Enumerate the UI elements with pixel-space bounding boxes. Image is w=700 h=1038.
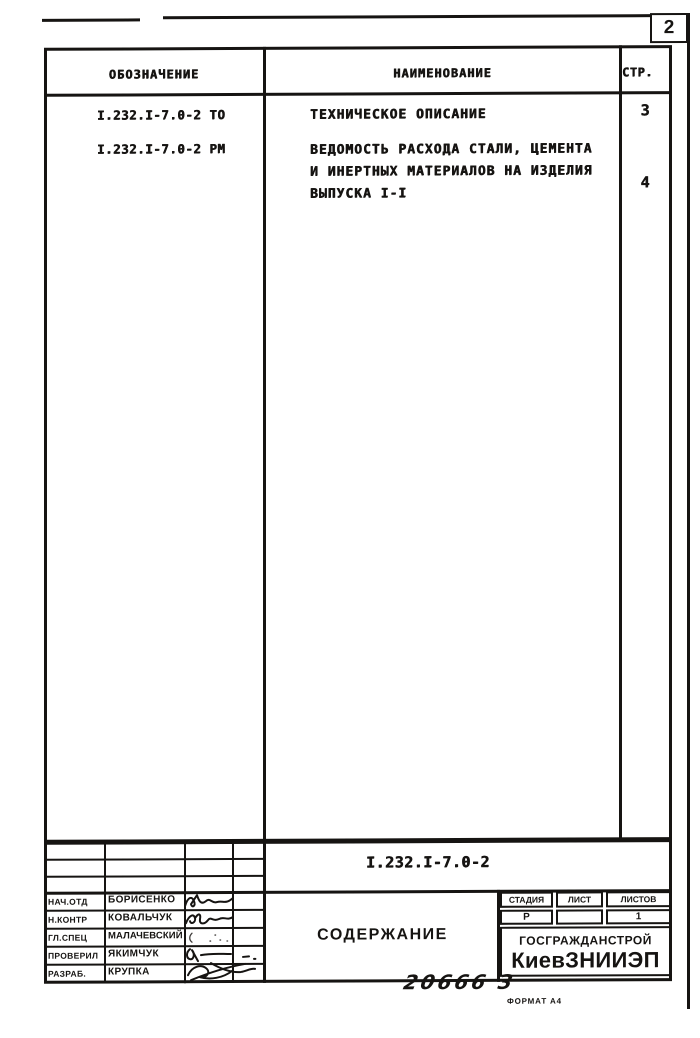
organization-line2: КиевЗНИИЭП (502, 947, 669, 974)
signatory-name: КРУПКА (108, 967, 150, 977)
signature-scribble (183, 910, 235, 928)
signatory-name: БОРИСЕНКО (108, 895, 175, 905)
header-name: НАИМЕНОВАНИЕ (340, 67, 545, 80)
sheets-label-cell: ЛИСТОВ (606, 891, 671, 907)
row2-name-line1: ВЕДОМОСТЬ РАСХОДА СТАЛИ, ЦЕМЕНТА (310, 142, 592, 156)
scanned-sheet: 2 ОБОЗНАЧЕНИЕ НАИМЕНОВАНИЕ СТР. I.232.I-… (0, 0, 700, 1038)
signature-scribble (183, 892, 235, 910)
sheet-label-cell: ЛИСТ (556, 891, 603, 907)
row1-designation: I.232.I-7.0-2 ТО (97, 109, 225, 122)
signatory-name: КОВАЛЬЧУК (108, 913, 172, 923)
top-rule-right (163, 14, 652, 19)
sheets-label: ЛИСТОВ (621, 894, 657, 904)
stamp-main-divider (263, 841, 266, 983)
stamp-col-divider-1 (104, 842, 106, 984)
sheets-value-cell: 1 (606, 909, 671, 924)
table-divider-designation-name (263, 47, 266, 842)
table-divider-name-page (619, 45, 622, 840)
doc-title: СОДЕРЖАНИЕ (267, 927, 498, 944)
organization-box: ГОСГРАЖДАНСТРОЙ КиевЗНИИЭП (500, 926, 671, 977)
row2-name-line3: ВЫПУСКА I-I (310, 187, 407, 200)
signatory-role: ПРОВЕРИЛ (48, 952, 98, 961)
organization-line1: ГОСГРАЖДАНСТРОЙ (502, 933, 669, 948)
sheet-label: ЛИСТ (568, 894, 591, 904)
stage-value: Р (523, 912, 530, 923)
stage-label: СТАДИЯ (509, 895, 544, 905)
top-rule-left (42, 18, 140, 21)
row1-name: ТЕХНИЧЕСКОЕ ОПИСАНИЕ (310, 108, 487, 122)
header-page: СТР. (622, 66, 653, 78)
page-frame-right (687, 13, 690, 1009)
signatory-role: РАЗРАБ. (48, 970, 86, 979)
stage-value-cell: Р (500, 910, 553, 925)
row2-designation: I.232.I-7.0-2 РМ (97, 143, 225, 156)
doc-number: I.232.I-7.0-2 (366, 855, 490, 871)
signatory-name: ЯКИМЧУК (108, 949, 159, 959)
signatory-role: ГЛ.СПЕЦ (48, 934, 87, 943)
page-number-box: 2 (650, 13, 688, 43)
row1-page: 3 (620, 103, 670, 118)
stage-label-cell: СТАДИЯ (500, 892, 553, 908)
signatory-role: Н.КОНТР (48, 916, 87, 925)
signatory-role: НАЧ.ОТД (48, 898, 88, 907)
format-label: ФОРМАТ А4 (507, 998, 562, 1006)
scan-skew-layer: 2 ОБОЗНАЧЕНИЕ НАИМЕНОВАНИЕ СТР. I.232.I-… (0, 0, 700, 1038)
row2-name-line2: И ИНЕРТНЫХ МАТЕРИАЛОВ НА ИЗДЕЛИЯ (310, 164, 592, 178)
sheets-value: 1 (636, 911, 642, 922)
signature-scribble (183, 929, 235, 945)
sheet-value-cell (556, 909, 603, 924)
header-designation: ОБОЗНАЧЕНИЕ (64, 68, 244, 81)
handwritten-inventory-number: 20666 3 (402, 972, 518, 993)
row2-page: 4 (620, 175, 670, 190)
page-number: 2 (664, 17, 675, 39)
signatory-name: МАЛАЧЕВСКИЙ (108, 931, 183, 941)
signature-scribble (183, 959, 263, 985)
